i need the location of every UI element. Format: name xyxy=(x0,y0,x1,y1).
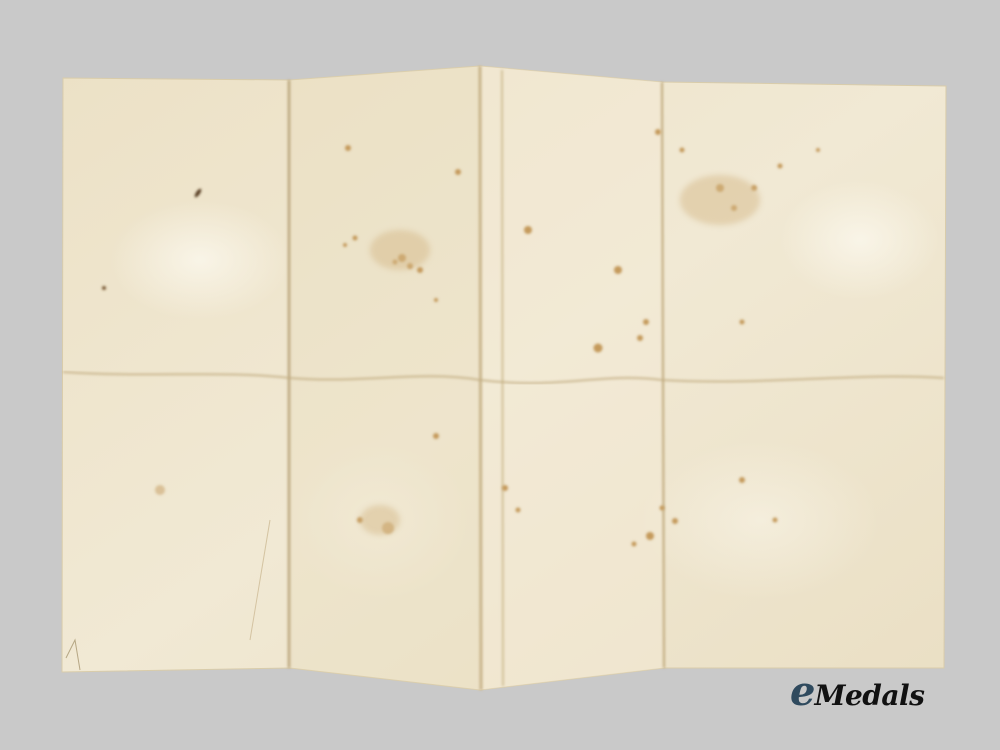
logo-text: Medals xyxy=(814,682,924,710)
folded-document xyxy=(0,0,1000,750)
photo-stage: e Medals xyxy=(0,0,1000,750)
emedals-watermark: e Medals xyxy=(790,672,924,712)
logo-prefix: e xyxy=(790,672,814,712)
